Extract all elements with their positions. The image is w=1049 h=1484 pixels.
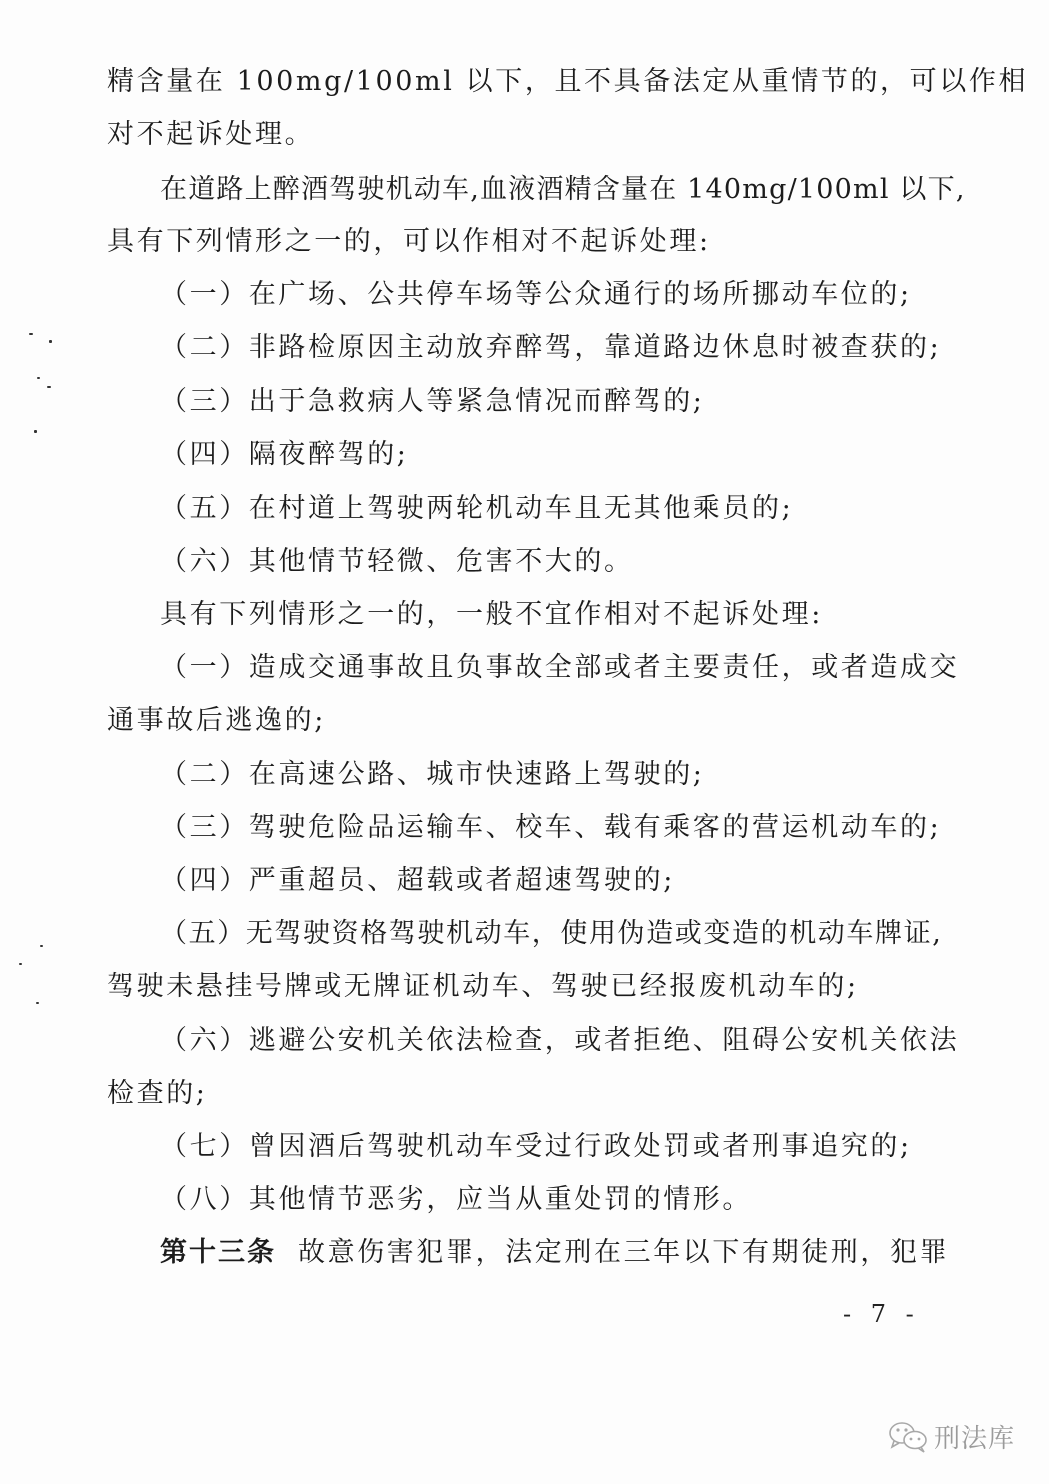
watermark-label: 刑法库	[934, 1418, 1015, 1455]
list-item-11: （五）无驾驶资格驾驶机动车，使用伪造或变造的机动车牌证,	[160, 914, 942, 954]
list-item-6: （六）其他情节轻微、危害不大的。	[160, 542, 634, 582]
list-item-2: （二）非路检原因主动放弃醉驾，靠道路边休息时被查获的;	[160, 328, 941, 368]
scan-speck	[19, 963, 22, 965]
list-item-13: （七）曾因酒后驾驶机动车受过行政处罚或者刑事追究的;	[160, 1127, 912, 1167]
page-number: - 7 -	[843, 1300, 920, 1328]
scan-speck	[29, 333, 33, 335]
list-item-11-cont: 驾驶未悬挂号牌或无牌证机动车、驾驶已经报废机动车的;	[107, 967, 859, 1007]
article-13-line: 第十三条故意伤害犯罪，法定刑在三年以下有期徒刑，犯罪	[160, 1233, 949, 1273]
paragraph-line-2: 对不起诉处理。	[107, 115, 314, 155]
list-item-3: （三）出于急救病人等紧急情况而醉驾的;	[160, 382, 705, 422]
list-item-5: （五）在村道上驾驶两轮机动车且无其他乘员的;	[160, 489, 793, 529]
paragraph-line-1: 精含量在 100mg/100ml 以下，且不具备法定从重情节的，可以作相	[107, 62, 1028, 102]
list-item-7-cont: 通事故后逃逸的;	[107, 701, 326, 741]
paragraph-line-5: 具有下列情形之一的，一般不宜作相对不起诉处理:	[160, 595, 823, 635]
scan-speck	[40, 945, 43, 947]
list-item-12: （六）逃避公安机关依法检查，或者拒绝、阻碍公安机关依法	[160, 1021, 959, 1061]
list-item-10: （四）严重超员、超载或者超速驾驶的;	[160, 861, 675, 901]
scan-speck	[49, 340, 52, 343]
wechat-icon	[888, 1420, 930, 1454]
list-item-1: （一）在广场、公共停车场等公众通行的场所挪动车位的;	[160, 275, 912, 315]
paragraph-line-3: 在道路上醉酒驾驶机动车,血液酒精含量在 140mg/100ml 以下,	[160, 170, 966, 210]
list-item-4: （四）隔夜醉驾的;	[160, 435, 409, 475]
scan-speck	[34, 430, 37, 433]
list-item-9: （三）驾驶危险品运输车、校车、载有乘客的营运机动车的;	[160, 808, 941, 848]
list-item-14: （八）其他情节恶劣，应当从重处罚的情形。	[160, 1180, 752, 1220]
scan-speck	[47, 386, 51, 388]
paragraph-line-4: 具有下列情形之一的，可以作相对不起诉处理:	[107, 222, 711, 262]
scan-speck	[36, 1002, 39, 1004]
scan-speck	[37, 377, 40, 379]
document-page: 精含量在 100mg/100ml 以下，且不具备法定从重情节的，可以作相 对不起…	[0, 0, 1049, 1484]
article-number: 第十三条	[160, 1237, 276, 1268]
list-item-7: （一）造成交通事故且负事故全部或者主要责任，或者造成交	[160, 648, 959, 688]
list-item-12-cont: 检查的;	[107, 1074, 208, 1114]
watermark: 刑法库	[888, 1418, 1015, 1455]
article-text: 故意伤害犯罪，法定刑在三年以下有期徒刑，犯罪	[298, 1237, 949, 1268]
list-item-8: （二）在高速公路、城市快速路上驾驶的;	[160, 755, 705, 795]
